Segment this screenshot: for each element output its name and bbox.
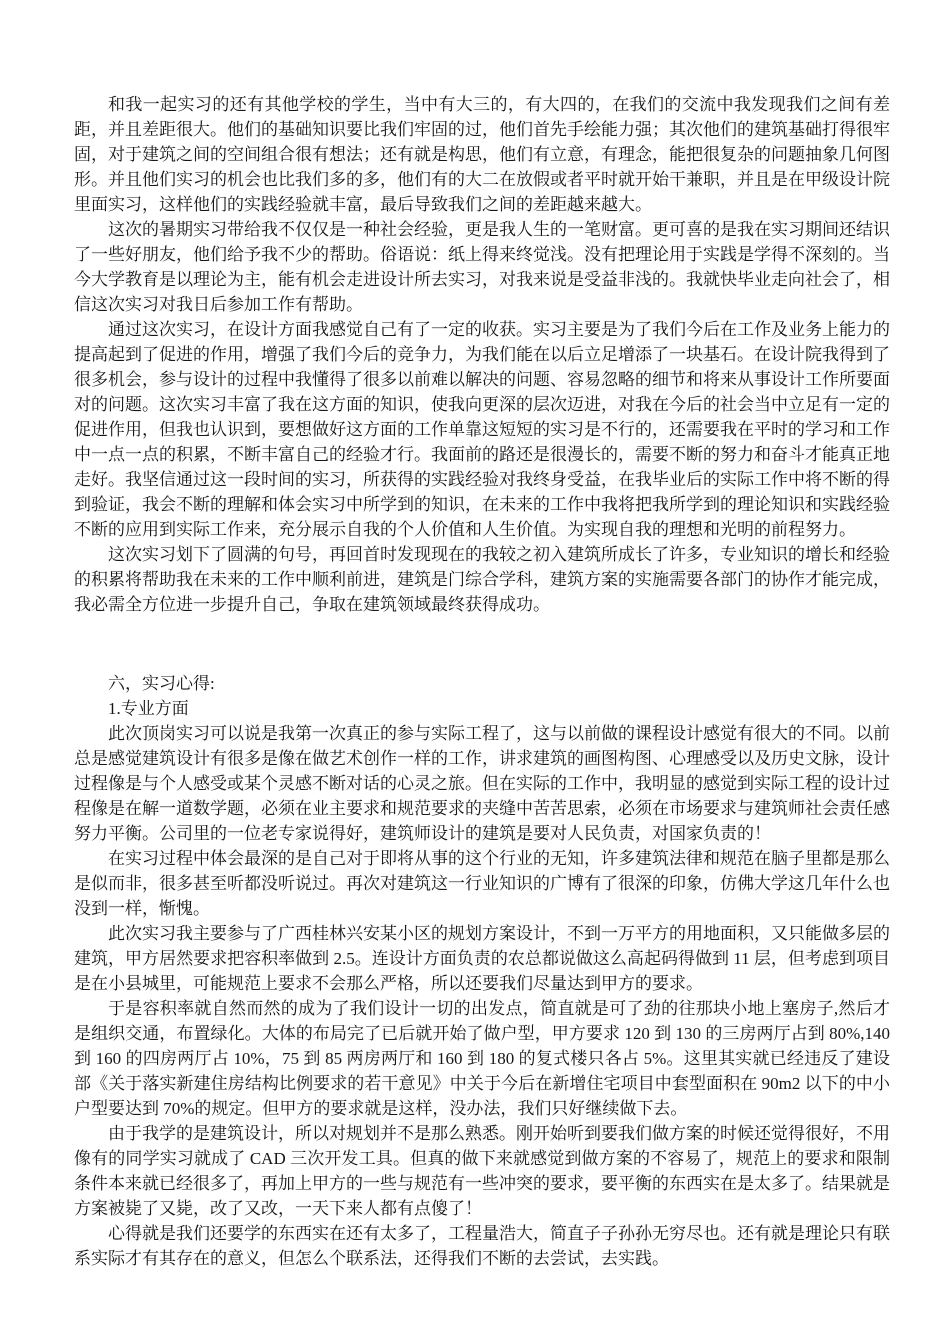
subsection-heading-professional-aspect: 1.专业方面 (74, 696, 890, 721)
paragraph-peer-comparison: 和我一起实习的还有其他学校的学生，当中有大三的，有大四的，在我们的交流中我发现我… (74, 92, 890, 217)
paragraph-summer-internship-gain: 这次的暑期实习带给我不仅仅是一种社会经验，更是我人生的一笔财富。更可喜的是我在实… (74, 217, 890, 317)
paragraph-guilin-planning-project: 此次实习我主要参与了广西桂林兴安某小区的规划方案设计，不到一万平方的用地面积，又… (74, 921, 890, 996)
paragraph-industry-ignorance: 在实习过程中体会最深的是自己对于即将从事的这个行业的无知，许多建筑法律和规范在脑… (74, 846, 890, 921)
paragraph-conclusion: 这次实习划下了圆满的句号，再回首时发现现在的我较之初入建筑所成长了许多，专业知识… (74, 542, 890, 617)
paragraph-final-takeaway: 心得就是我们还要学的东西实在还有太多了，工程量浩大，简直子子孙孙无穷尽也。还有就… (74, 1221, 890, 1271)
paragraph-first-real-project: 此次顶岗实习可以说是我第一次真正的参与实际工程了，这与以前做的课程设计感觉有很大… (74, 721, 890, 846)
paragraph-plot-ratio-design: 于是容积率就自然而然的成为了我们设计一切的出发点，简直就是可了劲的往那块小地上塞… (74, 996, 890, 1121)
paragraph-design-harvest: 通过这次实习，在设计方面我感觉自己有了一定的收获。实习主要是为了我们今后在工作及… (74, 317, 890, 542)
paragraph-scheme-difficulty: 由于我学的是建筑设计，所以对规划并不是那么熟悉。刚开始听到要我们做方案的时候还觉… (74, 1121, 890, 1221)
document-page: 和我一起实习的还有其他学校的学生，当中有大三的，有大四的，在我们的交流中我发现我… (0, 0, 950, 1344)
section-heading-internship-reflections: 六，实习心得: (74, 671, 890, 696)
